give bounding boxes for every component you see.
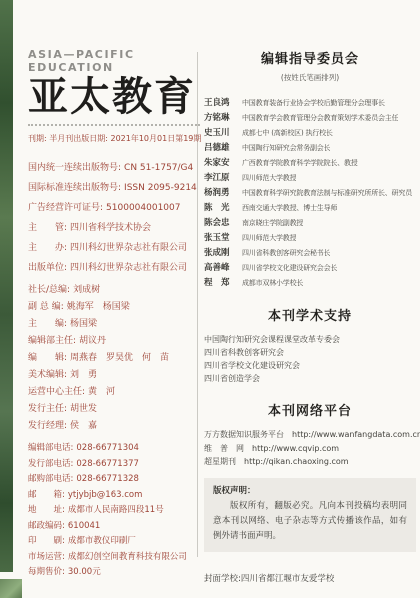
member-name: 方铭琳 [204, 111, 242, 123]
staff-label: 运营中心主任: [28, 387, 85, 397]
academic-support-item: 四川省科教创客研究会 [204, 346, 416, 359]
staff-list: 社长/总编:刘成树 副 总 编:姚海军 杨国梁 主 编:杨国梁 编辑部主任:胡议… [28, 282, 200, 435]
contact-row: 地 址:成都市人民南路四段11号 [28, 503, 200, 519]
staff-label: 副 总 编: [28, 302, 64, 312]
staff-row: 美术编辑:刘 勇 [28, 367, 200, 384]
academic-support-list: 中国陶行知研究会课程课堂改革专委会 四川省科教创客研究会 四川省学校文化建设研究… [204, 333, 416, 385]
member-title: 四川省学校文化建设研究会会长 [242, 263, 337, 273]
cover-image-strip [0, 0, 13, 572]
committee-sort-note: (按姓氏笔画排列) [204, 72, 416, 83]
staff-value: 黄 河 [88, 387, 115, 397]
member-name: 王良鸿 [204, 96, 242, 108]
contact-value: 028-66771377 [76, 459, 139, 469]
pub-info-label: 广告经营许可证号: [28, 203, 103, 213]
platform-url: http://www.wanfangdata.com.cn [292, 430, 420, 439]
pub-info-value: 四川科幻世界杂志社有限公司 [70, 243, 187, 253]
committee-title: 编辑指导委员会 [204, 48, 416, 67]
contact-value: 成都市人民南路四段11号 [68, 505, 164, 515]
member-name: 高善峰 [204, 261, 242, 273]
committee-member-row: 高善峰四川省学校文化建设研究会会长 [204, 261, 416, 276]
academic-support-item: 四川省学校文化建设研究会 [204, 359, 416, 372]
pub-info-value: 四川省科学技术协会 [70, 223, 151, 233]
platform-name: 超星期刊 [204, 457, 236, 466]
contact-value: ytjybjb@163.com [68, 490, 143, 500]
member-title: 中国教育学会教育管理分会教育策划学术委员会主任 [242, 113, 398, 123]
committee-member-row: 杨润勇中国教育科学研究院教育法制与标准研究所所长、研究员 [204, 186, 416, 201]
staff-value: 周燕春 罗昊优 何 苗 [70, 353, 169, 363]
committee-member-list: 王良鸿中国教育装备行业协会学校后勤管理分会理事长 方铭琳中国教育学会教育管理分会… [204, 96, 416, 291]
contact-label: 市场运营: [28, 552, 65, 562]
academic-support-item: 四川省创造学会 [204, 372, 416, 385]
staff-row: 运营中心主任:黄 河 [28, 384, 200, 401]
staff-value: 刘 勇 [70, 370, 97, 380]
pub-info-row: 广告经营许可证号:5100004001007 [28, 198, 200, 218]
member-title: 成都市双林小学校长 [242, 278, 303, 288]
staff-value: 胡议丹 [79, 336, 106, 346]
pub-info-row: 主 管:四川省科学技术协会 [28, 218, 200, 238]
contact-value: 028-66771328 [76, 474, 139, 484]
contact-label: 印 刷: [28, 536, 65, 546]
platform-url: http://www.cqvip.com [252, 444, 339, 453]
contact-row: 印 刷:成都市教仪印刷厂 [28, 534, 200, 550]
staff-value: 侯 嘉 [70, 421, 97, 431]
contact-value: 30.00元 [68, 567, 101, 577]
member-name: 陈 光 [204, 201, 242, 213]
pub-info-value: 四川科幻世界杂志社有限公司 [70, 263, 187, 273]
member-name: 张玉堂 [204, 231, 242, 243]
staff-label: 主 编: [28, 319, 67, 329]
staff-value: 杨国梁 [70, 319, 97, 329]
network-platform-list: 万方数据知识服务平台http://www.wanfangdata.com.cn … [204, 428, 416, 469]
cover-school-value: 四川省都江堰市友爱学校 [241, 574, 335, 584]
staff-label: 编 辑: [28, 353, 67, 363]
platform-name: 万方数据知识服务平台 [204, 430, 284, 439]
committee-member-row: 张玉堂四川师范大学教授 [204, 231, 416, 246]
committee-member-row: 张成刚四川省科教创客研究会秘书长 [204, 246, 416, 261]
staff-label: 发行主任: [28, 404, 67, 414]
member-title: 南京晓庄学院副教授 [242, 218, 303, 228]
contact-value: 成都幻创空间教育科技有限公司 [68, 552, 187, 562]
magazine-copyright-page: ASIA—PACIFIC EDUCATION 亚太教育 刊期: 半月刊 出版日期… [0, 0, 420, 598]
member-title: 四川师范大学教授 [242, 173, 296, 183]
member-name: 程 郑 [204, 276, 242, 288]
platform-row: 万方数据知识服务平台http://www.wanfangdata.com.cn [204, 428, 416, 442]
pub-info-value: 5100004001007 [106, 203, 180, 213]
staff-row: 副 总 编:姚海军 杨国梁 [28, 299, 200, 316]
pub-info-value: ISSN 2095-9214 [124, 183, 197, 193]
staff-label: 社长/总编: [28, 285, 70, 295]
contact-label: 发行部电话: [28, 459, 73, 469]
member-title: 四川省科教创客研究会秘书长 [242, 248, 330, 258]
journal-logo: 亚太教育 [28, 75, 200, 119]
member-name: 张成刚 [204, 246, 242, 258]
member-name: 陈会忠 [204, 216, 242, 228]
pub-info-label: 出版单位: [28, 263, 67, 273]
member-name: 史玉川 [204, 126, 242, 138]
platform-url: http://qikan.chaoxing.com [244, 457, 349, 466]
contact-label: 编辑部电话: [28, 443, 73, 453]
committee-member-row: 史玉川成都七中 (高新校区) 执行校长 [204, 126, 416, 141]
contact-value: 610041 [68, 521, 100, 531]
contact-label: 邮购部电话: [28, 474, 73, 484]
academic-support-title: 本刊学术支持 [204, 305, 416, 324]
contact-label: 邮 箱: [28, 490, 65, 500]
pub-info-value: CN 51-1757/G4 [124, 163, 193, 173]
member-title: 西南交通大学教授、博士生导师 [242, 203, 337, 213]
issue-pub-date: 出版日期: 2021年10月01日 [73, 133, 175, 144]
staff-label: 美术编辑: [28, 370, 67, 380]
academic-support-item: 中国陶行知研究会课程课堂改革专委会 [204, 333, 416, 346]
staff-value: 姚海军 杨国梁 [67, 302, 130, 312]
pub-info-label: 国际标准连续出版物号: [28, 183, 121, 193]
committee-member-row: 陈 光西南交通大学教授、博士生导师 [204, 201, 416, 216]
contact-label: 邮政编码: [28, 521, 65, 531]
staff-label: 发行经理: [28, 421, 67, 431]
staff-row: 社长/总编:刘成树 [28, 282, 200, 299]
pub-info-label: 主 管: [28, 223, 67, 233]
committee-member-row: 李江原四川师范大学教授 [204, 171, 416, 186]
staff-row: 发行主任:胡世发 [28, 401, 200, 418]
contact-row: 邮购部电话:028-66771328 [28, 472, 200, 488]
staff-row: 编辑部主任:胡议丹 [28, 333, 200, 350]
committee-member-row: 陈会忠南京晓庄学院副教授 [204, 216, 416, 231]
cover-school-label: 封面学校: [204, 574, 241, 584]
staff-value: 胡世发 [70, 404, 97, 414]
contact-label: 地 址: [28, 505, 65, 515]
staff-label: 编辑部主任: [28, 336, 76, 346]
contact-row: 邮 箱:ytjybjb@163.com [28, 488, 200, 504]
pub-info-row: 国内统一连续出版物号:CN 51-1757/G4 [28, 158, 200, 178]
committee-member-row: 程 郑成都市双林小学校长 [204, 276, 416, 291]
member-title: 中国陶行知研究会常务副会长 [242, 143, 330, 153]
staff-row: 主 编:杨国梁 [28, 316, 200, 333]
staff-row: 发行经理:侯 嘉 [28, 418, 200, 435]
copyright-heading: 版权声明： [213, 484, 407, 496]
member-name: 吕德雄 [204, 141, 242, 153]
member-title: 中国教育装备行业协会学校后勤管理分会理事长 [242, 98, 385, 108]
platform-row: 超星期刊http://qikan.chaoxing.com [204, 455, 416, 469]
contact-value: 成都市教仪印刷厂 [68, 536, 136, 546]
member-name: 朱家安 [204, 156, 242, 168]
contact-label: 每期售价: [28, 567, 65, 577]
contact-row: 邮政编码:610041 [28, 519, 200, 535]
dotted-rule [28, 124, 200, 126]
right-column: 编辑指导委员会 (按姓氏笔画排列) 王良鸿中国教育装备行业协会学校后勤管理分会理… [204, 48, 416, 584]
publication-info-list: 国内统一连续出版物号:CN 51-1757/G4 国际标准连续出版物号:ISSN… [28, 158, 200, 278]
committee-member-row: 王良鸿中国教育装备行业协会学校后勤管理分会理事长 [204, 96, 416, 111]
issue-frequency: 刊期: 半月刊 [28, 133, 73, 144]
contact-list: 编辑部电话:028-66771304 发行部电话:028-66771377 邮购… [28, 441, 200, 581]
member-name: 李江原 [204, 171, 242, 183]
member-title: 成都七中 (高新校区) 执行校长 [242, 128, 333, 138]
copyright-notice: 版权声明： 版权所有，翻版必究。凡向本刊投稿均表明同意本刊以网络、电子杂志等方式… [204, 478, 416, 552]
issue-number: 第19期 [175, 133, 201, 144]
committee-member-row: 方铭琳中国教育学会教育管理分会教育策划学术委员会主任 [204, 111, 416, 126]
committee-member-row: 朱家安广西教育学院教育科学学院院长、教授 [204, 156, 416, 171]
contact-row: 每期售价:30.00元 [28, 565, 200, 581]
contact-row: 编辑部电话:028-66771304 [28, 441, 200, 457]
pub-info-row: 出版单位:四川科幻世界杂志社有限公司 [28, 258, 200, 278]
member-name: 杨润勇 [204, 186, 242, 198]
staff-value: 刘成树 [73, 285, 100, 295]
pub-info-label: 主 办: [28, 243, 67, 253]
pub-info-row: 国际标准连续出版物号:ISSN 2095-9214 [28, 178, 200, 198]
member-title: 四川师范大学教授 [242, 233, 296, 243]
contact-row: 市场运营:成都幻创空间教育科技有限公司 [28, 550, 200, 566]
issue-info-line: 刊期: 半月刊 出版日期: 2021年10月01日 第19期 [28, 133, 200, 144]
member-title: 中国教育科学研究院教育法制与标准研究所所长、研究员 [242, 188, 412, 198]
left-column: ASIA—PACIFIC EDUCATION 亚太教育 刊期: 半月刊 出版日期… [28, 48, 200, 581]
platform-name: 维 普 网 [204, 444, 244, 453]
pub-info-label: 国内统一连续出版物号: [28, 163, 121, 173]
staff-row: 编 辑:周燕春 罗昊优 何 苗 [28, 350, 200, 367]
contact-value: 028-66771304 [76, 443, 139, 453]
copyright-body: 版权所有，翻版必究。凡向本刊投稿均表明同意本刊以网络、电子杂志等方式传播该作品，… [213, 499, 407, 544]
cover-thumbnail [0, 579, 22, 598]
masthead-english-title: ASIA—PACIFIC EDUCATION [28, 48, 200, 74]
pub-info-row: 主 办:四川科幻世界杂志社有限公司 [28, 238, 200, 258]
member-title: 广西教育学院教育科学学院院长、教授 [242, 158, 358, 168]
contact-row: 发行部电话:028-66771377 [28, 457, 200, 473]
cover-school-line: 封面学校:四川省都江堰市友爱学校 [204, 572, 416, 584]
network-platform-title: 本刊网络平台 [204, 400, 416, 419]
platform-row: 维 普 网http://www.cqvip.com [204, 442, 416, 456]
committee-member-row: 吕德雄中国陶行知研究会常务副会长 [204, 141, 416, 156]
